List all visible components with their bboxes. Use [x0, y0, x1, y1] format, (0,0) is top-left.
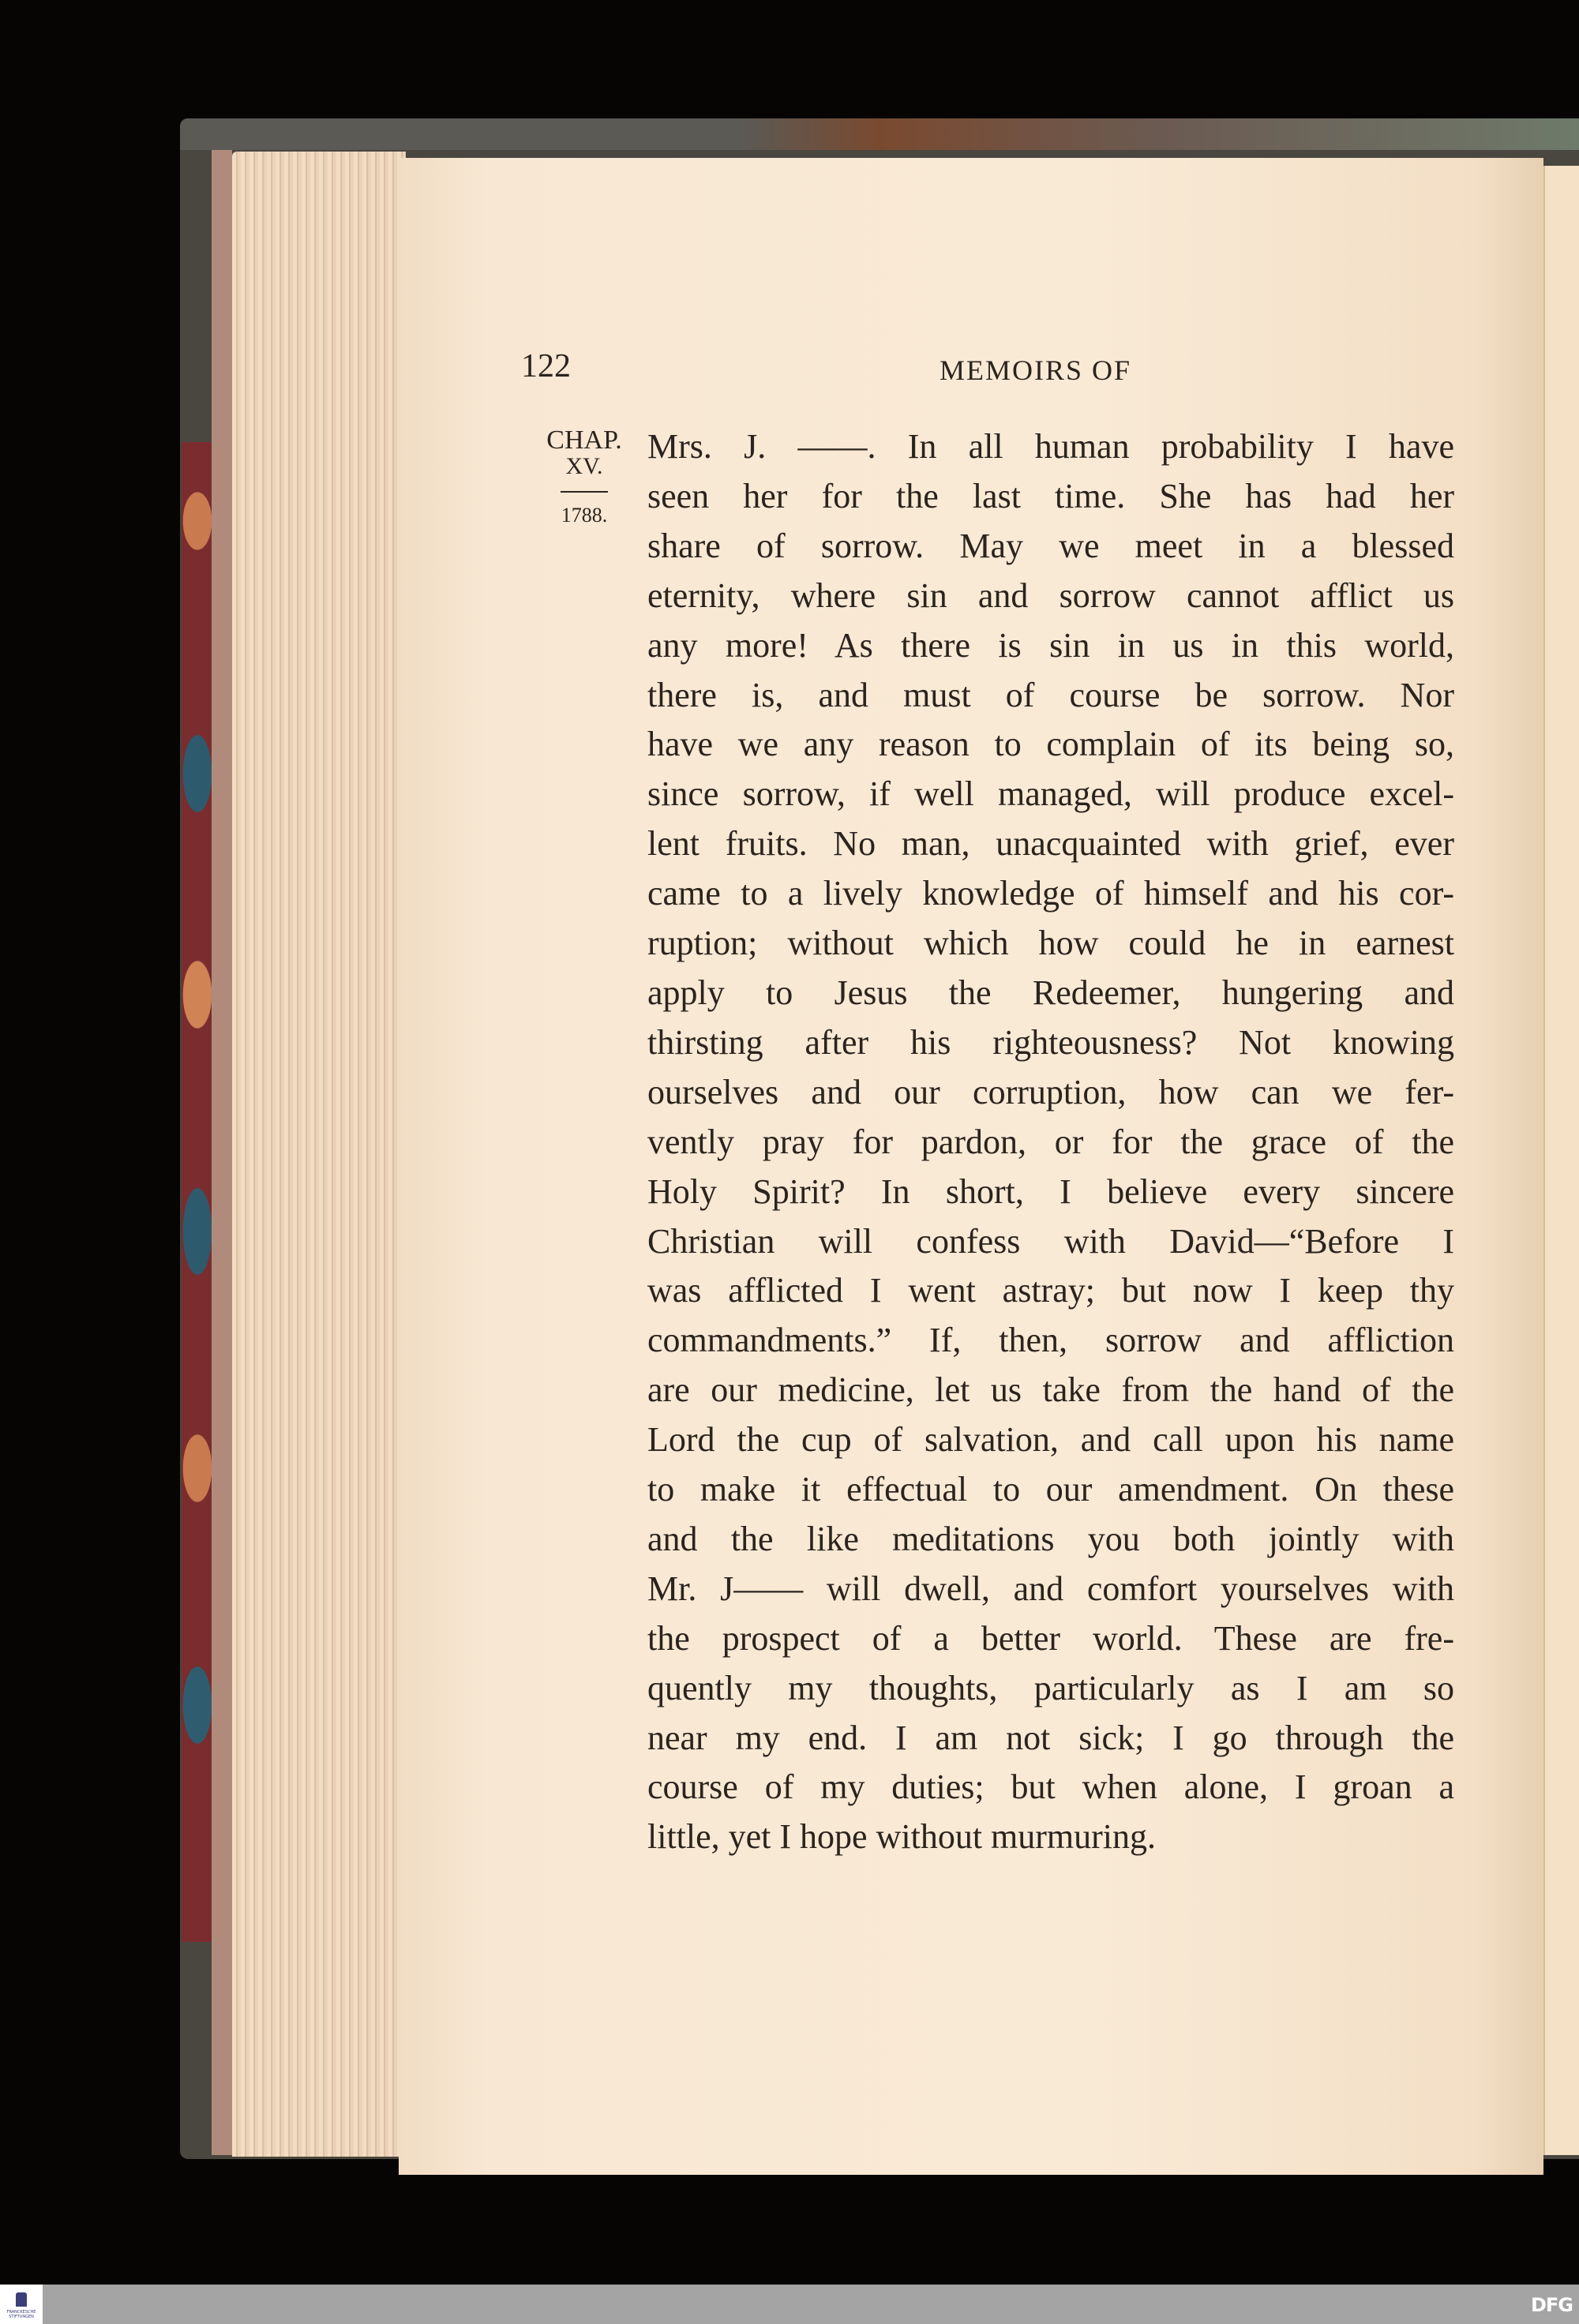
- text-line: vently pray for pardon, or for the grace…: [647, 1118, 1454, 1168]
- text-line: near my end. I am not sick; I go through…: [647, 1714, 1454, 1764]
- text-line: any more! As there is sin in us in this …: [647, 621, 1454, 671]
- text-line: lent fruits. No man, unacquainted with g…: [647, 819, 1454, 869]
- text-line: was afflicted I went astray; but now I k…: [647, 1266, 1454, 1316]
- page-number: 122: [521, 347, 571, 385]
- text-line: came to a lively knowledge of himself an…: [647, 869, 1454, 919]
- text-line: little, yet I hope without murmuring.: [647, 1812, 1454, 1862]
- facing-page-edge: [1543, 166, 1579, 2155]
- margin-note: CHAP. XV. 1788.: [537, 426, 632, 527]
- dfg-logo[interactable]: DFG: [1531, 2294, 1573, 2316]
- viewer-footer-bar: FRANCKESCHE STIFTUNGEN DFG: [0, 2285, 1579, 2324]
- text-line: seen her for the last time. She has had …: [647, 472, 1454, 522]
- margin-rule: [561, 491, 608, 493]
- running-head: MEMOIRS OF: [940, 354, 1131, 387]
- text-line: are our medicine, let us take from the h…: [647, 1366, 1454, 1415]
- text-line: have we any reason to complain of its be…: [647, 720, 1454, 770]
- text-line: eternity, where sin and sorrow cannot af…: [647, 572, 1454, 621]
- text-line: Mr. J—— will dwell, and comfort yourselv…: [647, 1565, 1454, 1614]
- text-line: and the like meditations you both jointl…: [647, 1515, 1454, 1565]
- text-line: course of my duties; but when alone, I g…: [647, 1763, 1454, 1812]
- text-line: Holy Spirit? In short, I believe every s…: [647, 1168, 1454, 1217]
- text-line: share of sorrow. May we meet in a blesse…: [647, 522, 1454, 572]
- chapter-label: CHAP.: [537, 426, 632, 455]
- text-line: thirsting after his righteousness? Not k…: [647, 1018, 1454, 1068]
- francke-foundation-logo[interactable]: FRANCKESCHE STIFTUNGEN: [0, 2285, 43, 2324]
- text-line: ruption; without which how could he in e…: [647, 919, 1454, 969]
- text-line: to make it effectual to our amendment. O…: [647, 1465, 1454, 1515]
- chapter-number: XV.: [537, 455, 632, 478]
- margin-year: 1788.: [537, 504, 632, 527]
- page-stack: [232, 152, 406, 2157]
- text-line: the prospect of a better world. These ar…: [647, 1614, 1454, 1664]
- text-line: ourselves and our corruption, how can we…: [647, 1068, 1454, 1118]
- text-line: commandments.” If, then, sorrow and affl…: [647, 1316, 1454, 1366]
- endpaper-edge: [212, 150, 232, 2155]
- text-line: Mrs. J. ——. In all human probability I h…: [647, 422, 1454, 472]
- text-line: Lord the cup of salvation, and call upon…: [647, 1415, 1454, 1465]
- book-cover-top-edge: [180, 118, 1579, 150]
- text-line: quently my thoughts, particularly as I a…: [647, 1664, 1454, 1714]
- body-text: Mrs. J. ——. In all human probability I h…: [647, 422, 1454, 1862]
- text-line: apply to Jesus the Redeemer, hungering a…: [647, 969, 1454, 1018]
- text-line: there is, and must of course be sorrow. …: [647, 671, 1454, 721]
- marbled-board-edge: [182, 442, 213, 1942]
- foundation-logo-label: FRANCKESCHE STIFTUNGEN: [2, 2310, 41, 2319]
- foundation-emblem-icon: [16, 2292, 27, 2307]
- text-line: since sorrow, if well managed, will prod…: [647, 770, 1454, 819]
- text-line: Christian will confess with David—“Befor…: [647, 1217, 1454, 1267]
